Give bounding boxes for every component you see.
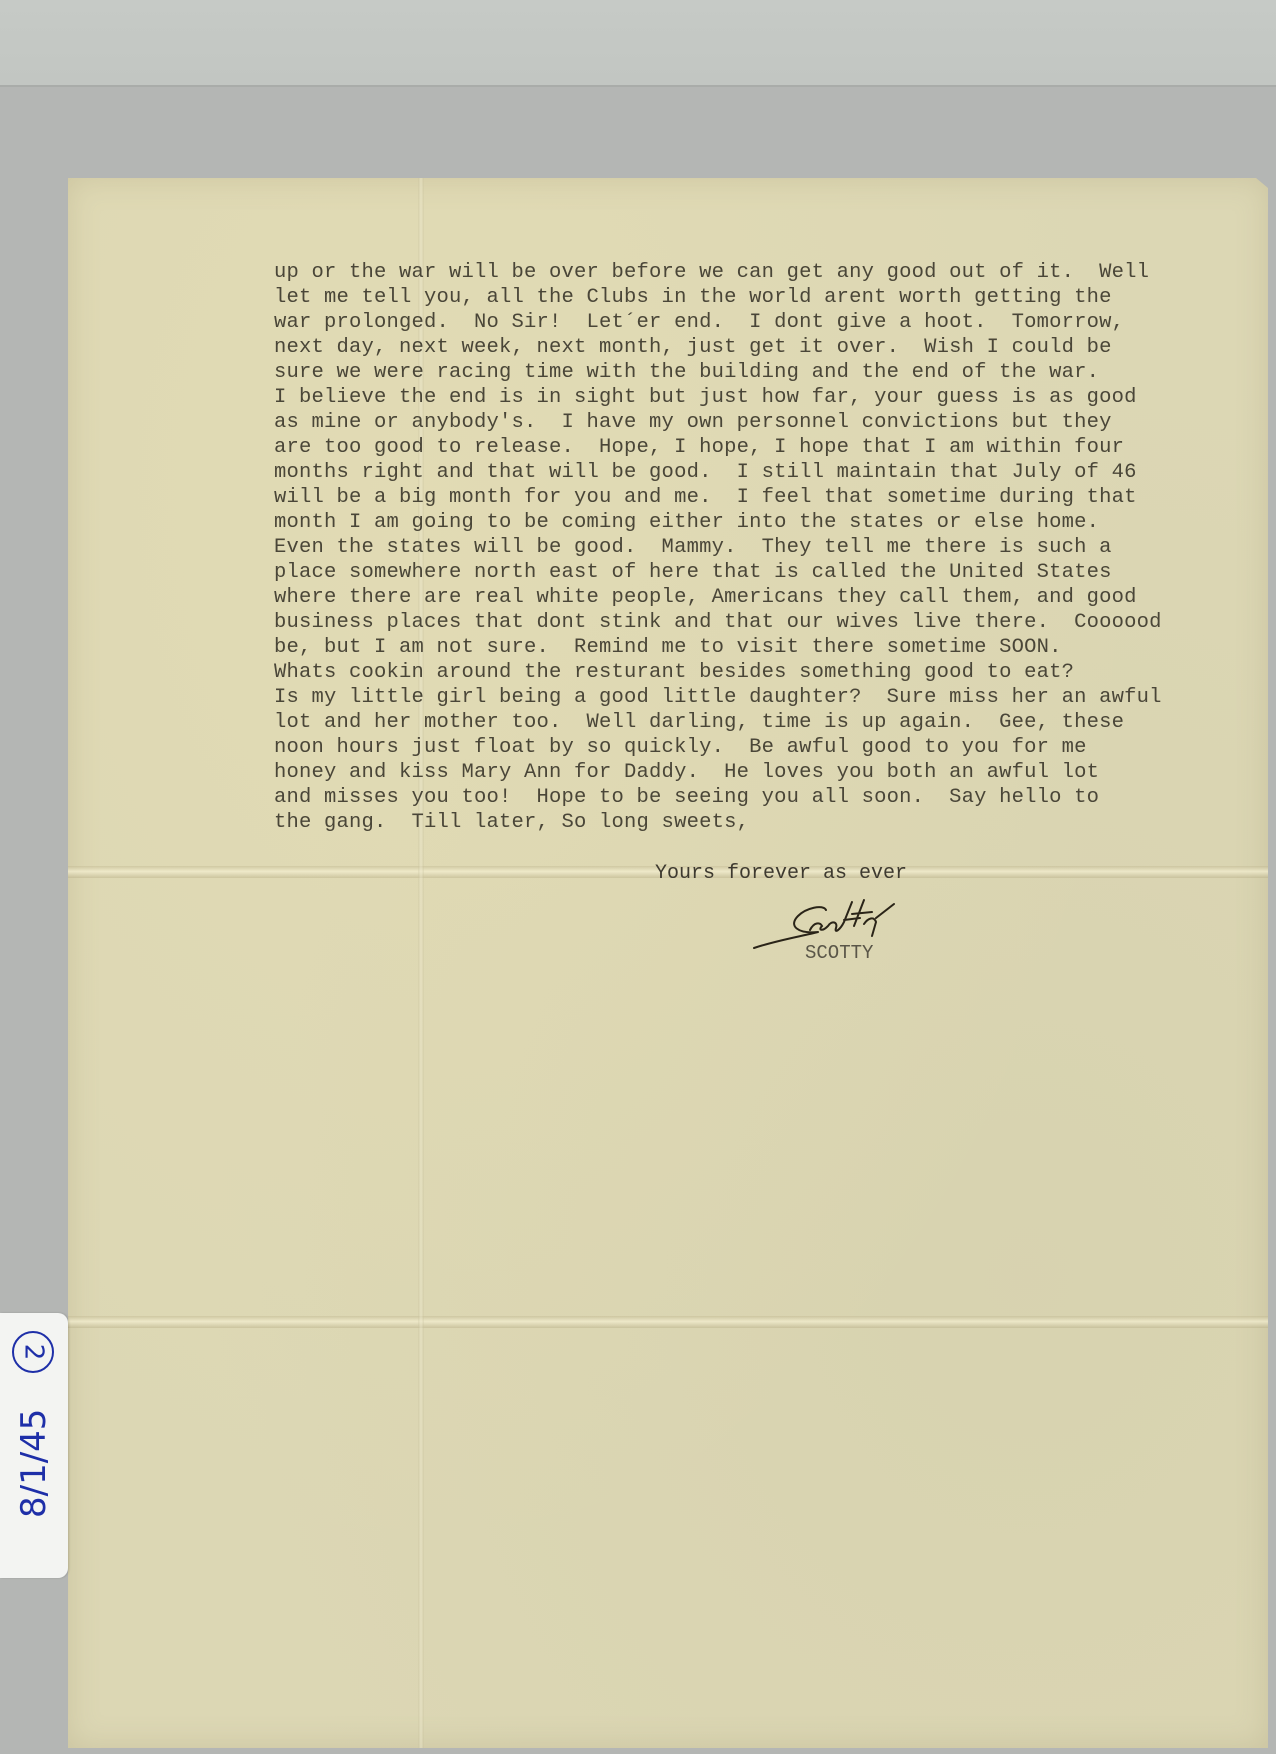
body-line: place somewhere north east of here that … [274, 560, 1254, 585]
archive-date: 8/1/45 [14, 1409, 54, 1518]
body-line: lot and her mother too. Well darling, ti… [274, 710, 1254, 735]
body-line: are too good to release. Hope, I hope, I… [274, 435, 1254, 460]
body-line: sure we were racing time with the buildi… [274, 360, 1254, 385]
body-line: war prolonged. No Sir! Let´er end. I don… [274, 310, 1254, 335]
page-number-circle: 2 [12, 1331, 54, 1373]
body-line: month I am going to be coming either int… [274, 510, 1254, 535]
body-line: and misses you too! Hope to be seeing yo… [274, 785, 1254, 810]
closing-salutation: Yours forever as ever [655, 862, 907, 885]
body-line: the gang. Till later, So long sweets, [274, 810, 1254, 835]
body-line: I believe the end is in sight but just h… [274, 385, 1254, 410]
body-line: honey and kiss Mary Ann for Daddy. He lo… [274, 760, 1254, 785]
body-line: business places that dont stink and that… [274, 610, 1254, 635]
body-line: next day, next week, next month, just ge… [274, 335, 1254, 360]
body-line: Whats cookin around the resturant beside… [274, 660, 1254, 685]
body-line: up or the war will be over before we can… [274, 260, 1254, 285]
scanner-top-band [0, 0, 1276, 87]
body-line: months right and that will be good. I st… [274, 460, 1254, 485]
archive-label: 2 8/1/45 [0, 1313, 68, 1578]
body-line: noon hours just float by so quickly. Be … [274, 735, 1254, 760]
body-line: Is my little girl being a good little da… [274, 685, 1254, 710]
letter-page: up or the war will be over before we can… [68, 178, 1268, 1748]
typed-signature-name: SCOTTY [805, 942, 873, 964]
body-line: let me tell you, all the Clubs in the wo… [274, 285, 1254, 310]
letter-body: up or the war will be over before we can… [274, 260, 1254, 835]
body-line: be, but I am not sure. Remind me to visi… [274, 635, 1254, 660]
body-line: where there are real white people, Ameri… [274, 585, 1254, 610]
body-line: Even the states will be good. Mammy. The… [274, 535, 1254, 560]
body-line: as mine or anybody's. I have my own pers… [274, 410, 1254, 435]
fold-crease-horizontal-lower [68, 1316, 1268, 1328]
body-line: will be a big month for you and me. I fe… [274, 485, 1254, 510]
page-number: 2 [18, 1344, 48, 1361]
